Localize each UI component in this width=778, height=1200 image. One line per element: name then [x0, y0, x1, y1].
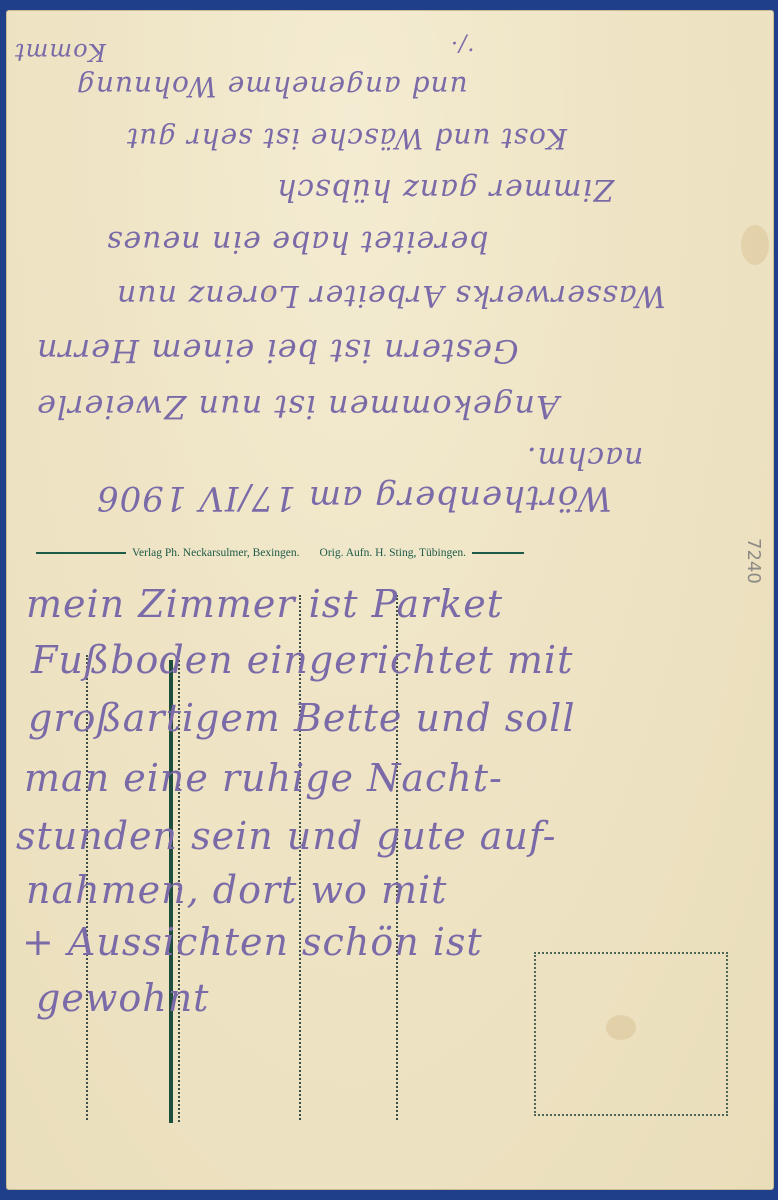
message-line: Kost und Wäsche ist sehr gut: [126, 122, 567, 155]
message-line: gewohnt: [36, 976, 209, 1020]
foxing-stain: [741, 225, 769, 265]
message-line: Wasserwerks Arbeiter Lorenz nun: [116, 278, 666, 313]
message-line: + Aussichten schön ist: [22, 920, 483, 964]
message-line: mein Zimmer ist Parket: [26, 582, 503, 626]
message-line: Fußboden eingerichtet mit: [31, 638, 573, 682]
message-line: stunden sein und gute auf-: [16, 814, 556, 858]
imprint-rule-left: [36, 552, 126, 554]
postcard-back: ·/. Wörthenberg am 17/IV 1906 nachm. Ang…: [6, 10, 774, 1190]
photographer-text: Orig. Aufn. H. Sting, Tübingen.: [320, 547, 466, 559]
message-line: nachm.: [526, 440, 643, 475]
message-line: Kommt: [14, 38, 106, 66]
message-line: Angekommen ist nun Zweierle: [36, 388, 559, 426]
message-line: man eine ruhige Nacht-: [24, 756, 503, 800]
message-line: Gestern ist bei einem Herrn: [36, 332, 519, 370]
message-line: Zimmer ganz hübsch: [276, 172, 614, 207]
message-line: großartigem Bette und soll: [28, 696, 575, 740]
page-mark: ·/.: [451, 32, 475, 57]
pencil-inventory-mark: 7240: [743, 538, 764, 584]
publisher-text: Verlag Ph. Neckarsulmer, Bexingen.: [132, 547, 300, 559]
message-line: Wörthenberg am 17/IV 1906: [96, 478, 612, 518]
message-line: nahmen, dort wo mit: [26, 868, 447, 912]
message-line: und angenehme Wohnung: [76, 70, 468, 103]
message-line: bereitet habe ein neues: [106, 224, 489, 259]
publisher-imprint: Verlag Ph. Neckarsulmer, Bexingen. Orig.…: [36, 547, 736, 559]
stamp-box: [534, 952, 728, 1116]
imprint-rule-right: [472, 552, 524, 554]
